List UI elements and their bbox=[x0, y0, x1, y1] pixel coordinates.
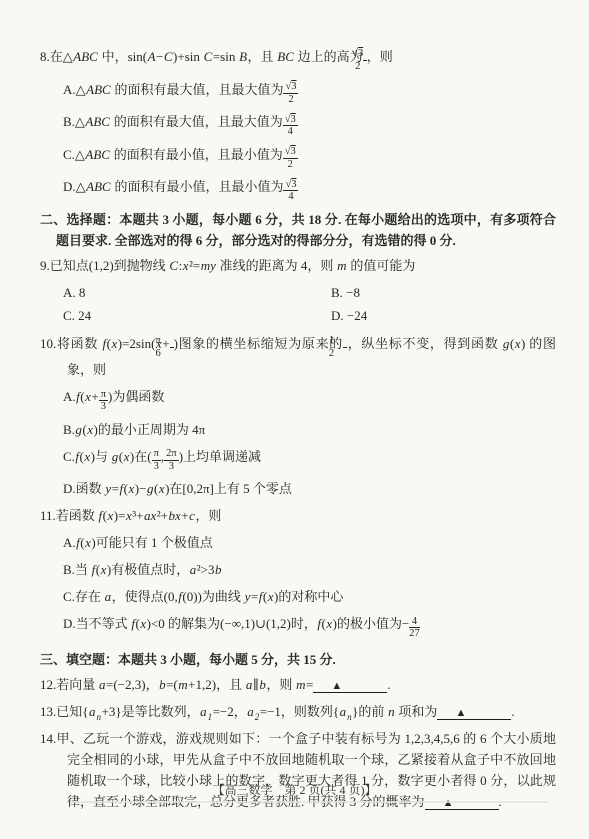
math-variable: f bbox=[91, 562, 96, 577]
fraction-numerator: 2π bbox=[164, 448, 179, 461]
math-variable: x bbox=[87, 422, 94, 437]
math-variable: f bbox=[178, 589, 183, 604]
math-variable: f bbox=[98, 508, 103, 523]
math-variable: m bbox=[178, 677, 188, 692]
math-variable: c bbox=[189, 508, 196, 523]
fraction-denominator: 4 bbox=[283, 126, 298, 138]
math-variable: x bbox=[125, 508, 132, 523]
math-variable: g bbox=[111, 449, 119, 464]
question-8-option-c: C.△ABC 的面积有最小值，且最小值为√32 bbox=[40, 144, 556, 171]
math-variable: g bbox=[146, 481, 154, 496]
math-variable: x bbox=[84, 449, 91, 464]
triangle-icon: ▲ bbox=[331, 680, 342, 692]
math-variable: f bbox=[102, 336, 107, 351]
question-10-option-b: B.g(x)的最小正周期为 4π bbox=[40, 419, 556, 440]
fraction: 427 bbox=[409, 616, 420, 640]
question-14-stem: 14.甲、乙玩一个游戏，游戏规则如下：一个盒子中装有标号为 1,2,3,4,5,… bbox=[40, 728, 556, 812]
math-variable: b bbox=[159, 677, 167, 692]
question-8-option-a: A.△ABC 的面积有最大值，且最大值为√32 bbox=[40, 79, 556, 106]
math-variable: y bbox=[244, 589, 251, 604]
math-subscript: n bbox=[96, 712, 102, 722]
question-9-options: A. 8 B. −8 C. 24 D. −24 bbox=[40, 282, 556, 326]
math-variable: x bbox=[85, 389, 92, 404]
question-9-option-c: C. 24 bbox=[63, 305, 331, 326]
question-10-option-d: D.函数 y=f(x)−g(x)在[0,2π]上有 5 个零点 bbox=[40, 478, 556, 499]
math-subscript: 2 bbox=[254, 712, 260, 722]
fraction-denominator: 4 bbox=[283, 191, 298, 203]
math-variable: a bbox=[189, 562, 197, 577]
question-10-option-a: A.f(x+π3)为偶函数 bbox=[40, 386, 556, 413]
fraction: π3 bbox=[152, 448, 161, 472]
math-variable: g bbox=[502, 336, 510, 351]
math-variable: B bbox=[239, 49, 248, 64]
question-9-option-d: D. −24 bbox=[331, 305, 556, 326]
section-2-heading: 二、选择题：本题共 3 小题，每小题 6 分，共 18 分. 在每小题给出的选项… bbox=[40, 209, 556, 251]
question-10-stem: 10.将函数 f(x)=2sin(x+π6)图象的横坐标缩短为原来的12，纵坐标… bbox=[40, 333, 556, 381]
math-variable: x bbox=[100, 562, 107, 577]
fraction-numerator: 4 bbox=[409, 616, 420, 629]
fraction: √32 bbox=[363, 48, 367, 72]
question-10-option-c: C.f(x)与 g(x)在(π3,2π3)上均单调递减 bbox=[40, 446, 556, 473]
section-3-heading: 三、填空题：本题共 3 小题，每小题 5 分，共 15 分. bbox=[40, 649, 556, 670]
radicand: 3 bbox=[358, 48, 363, 59]
math-variable: BC bbox=[277, 49, 295, 64]
question-11-option-d: D.当不等式 f(x)<0 的解集为(−∞,1)∪(1,2)时，f(x)的极小值… bbox=[40, 613, 556, 640]
fraction-numerator: √3 bbox=[283, 179, 298, 192]
math-variable: x bbox=[128, 481, 135, 496]
fraction: √34 bbox=[283, 179, 298, 203]
fraction-denominator: 2 bbox=[283, 94, 298, 106]
fraction: π3 bbox=[99, 389, 108, 413]
fraction-denominator: 2 bbox=[283, 159, 298, 171]
radicand: 3 bbox=[291, 179, 296, 190]
math-variable: x bbox=[158, 481, 165, 496]
triangle-icon: ▲ bbox=[455, 707, 466, 719]
fraction-denominator: 3 bbox=[99, 401, 108, 413]
math-variable: my bbox=[200, 258, 216, 273]
fraction: √32 bbox=[283, 81, 298, 105]
fraction-denominator: 27 bbox=[409, 628, 420, 640]
math-variable: x bbox=[111, 336, 118, 351]
math-variable: b bbox=[215, 562, 223, 577]
math-variable: x bbox=[107, 508, 114, 523]
fraction-numerator: √3 bbox=[283, 114, 298, 127]
fraction-numerator: √3 bbox=[283, 81, 298, 94]
fraction: √34 bbox=[283, 114, 298, 138]
question-8-stem: 8.在△ABC 中，sin(A−C)+sin C=sin B，且 BC 边上的高… bbox=[40, 46, 556, 73]
math-variable: a bbox=[104, 589, 112, 604]
math-variable: m bbox=[296, 677, 306, 692]
math-variable: ax bbox=[143, 508, 156, 523]
fraction-denominator: 2 bbox=[363, 61, 367, 73]
fraction: 2π3 bbox=[164, 448, 179, 472]
math-variable: x bbox=[85, 535, 92, 550]
fraction-denominator: 2 bbox=[343, 348, 347, 360]
math-variable: A bbox=[147, 49, 156, 64]
math-variable: ABC bbox=[86, 179, 112, 194]
math-variable: n bbox=[388, 704, 396, 719]
radicand: 3 bbox=[291, 146, 296, 157]
math-variable: x bbox=[140, 616, 147, 631]
math-variable: bx bbox=[168, 508, 181, 523]
fraction-denominator: 3 bbox=[152, 461, 161, 473]
paper-edge-shadow bbox=[70, 801, 549, 803]
math-variable: x bbox=[182, 258, 189, 273]
fraction-numerator: π bbox=[170, 335, 174, 348]
math-variable: x bbox=[123, 449, 130, 464]
page-footer: 【高三数学 第 2 页(共 4 页)】 bbox=[0, 781, 589, 798]
fraction-numerator: 1 bbox=[343, 335, 347, 348]
question-9-option-b: B. −8 bbox=[331, 282, 556, 303]
math-variable: x bbox=[514, 336, 521, 351]
question-13-stem: 13.已知{an+3}是等比数列，a1=−2，a2=−1，则数列{an}的前 n… bbox=[40, 701, 556, 722]
exam-content: 8.在△ABC 中，sin(A−C)+sin C=sin B，且 BC 边上的高… bbox=[0, 0, 589, 812]
math-variable: f bbox=[76, 389, 81, 404]
math-subscript: 1 bbox=[207, 712, 213, 722]
math-variable: f bbox=[317, 616, 322, 631]
math-variable: f bbox=[258, 589, 263, 604]
answer-blank: ▲ bbox=[437, 704, 511, 720]
math-variable: ABC bbox=[73, 49, 99, 64]
fraction-numerator: π bbox=[152, 448, 161, 461]
math-variable: a bbox=[99, 677, 107, 692]
math-variable: f bbox=[131, 616, 136, 631]
question-11-option-c: C.存在 a，使得点(0,f(0))为曲线 y=f(x)的对称中心 bbox=[40, 586, 556, 607]
question-8-option-b: B.△ABC 的面积有最大值，且最大值为√34 bbox=[40, 111, 556, 138]
fraction-numerator: √3 bbox=[363, 48, 367, 61]
math-variable: C bbox=[163, 49, 173, 64]
math-variable: f bbox=[119, 481, 124, 496]
math-variable: x bbox=[267, 589, 274, 604]
math-variable: y bbox=[105, 481, 112, 496]
question-11-option-a: A.f(x)可能只有 1 个极值点 bbox=[40, 532, 556, 553]
math-variable: C bbox=[203, 49, 213, 64]
math-variable: x bbox=[326, 616, 333, 631]
math-variable: ABC bbox=[86, 82, 112, 97]
fraction-numerator: √3 bbox=[283, 146, 298, 159]
math-variable: b bbox=[259, 677, 267, 692]
question-8-option-d: D.△ABC 的面积有最小值，且最小值为√34 bbox=[40, 176, 556, 203]
radicand: 3 bbox=[291, 81, 296, 92]
math-variable: a bbox=[339, 704, 347, 719]
math-variable: f bbox=[75, 449, 80, 464]
fraction: √32 bbox=[283, 146, 298, 170]
math-variable: C bbox=[169, 258, 179, 273]
math-variable: f bbox=[76, 535, 81, 550]
fraction-numerator: π bbox=[99, 389, 108, 402]
question-12-stem: 12.若向量 a=(−2,3)，b=(m+1,2)，且 a∥b，则 m=▲. bbox=[40, 674, 556, 695]
fraction-denominator: 6 bbox=[170, 348, 174, 360]
math-variable: ABC bbox=[85, 147, 111, 162]
math-variable: m bbox=[337, 258, 347, 273]
answer-blank: ▲ bbox=[313, 677, 387, 693]
math-variable: ABC bbox=[85, 114, 111, 129]
math-variable: a bbox=[245, 677, 253, 692]
fraction: π6 bbox=[170, 335, 174, 359]
question-11-option-b: B.当 f(x)有极值点时，a²>3b bbox=[40, 559, 556, 580]
question-9-stem: 9.已知点(1,2)到抛物线 C:x²=my 准线的距离为 4，则 m 的值可能… bbox=[40, 255, 556, 276]
math-variable: g bbox=[75, 422, 83, 437]
question-11-stem: 11.若函数 f(x)=x³+ax²+bx+c，则 bbox=[40, 505, 556, 526]
radicand: 3 bbox=[291, 114, 296, 125]
math-variable: a bbox=[200, 704, 208, 719]
math-variable: a bbox=[89, 704, 97, 719]
fraction-denominator: 3 bbox=[164, 461, 179, 473]
exam-page: 8.在△ABC 中，sin(A−C)+sin C=sin B，且 BC 边上的高… bbox=[0, 0, 589, 839]
fraction: 12 bbox=[343, 335, 347, 359]
question-9-option-a: A. 8 bbox=[63, 282, 331, 303]
math-subscript: n bbox=[347, 712, 353, 722]
